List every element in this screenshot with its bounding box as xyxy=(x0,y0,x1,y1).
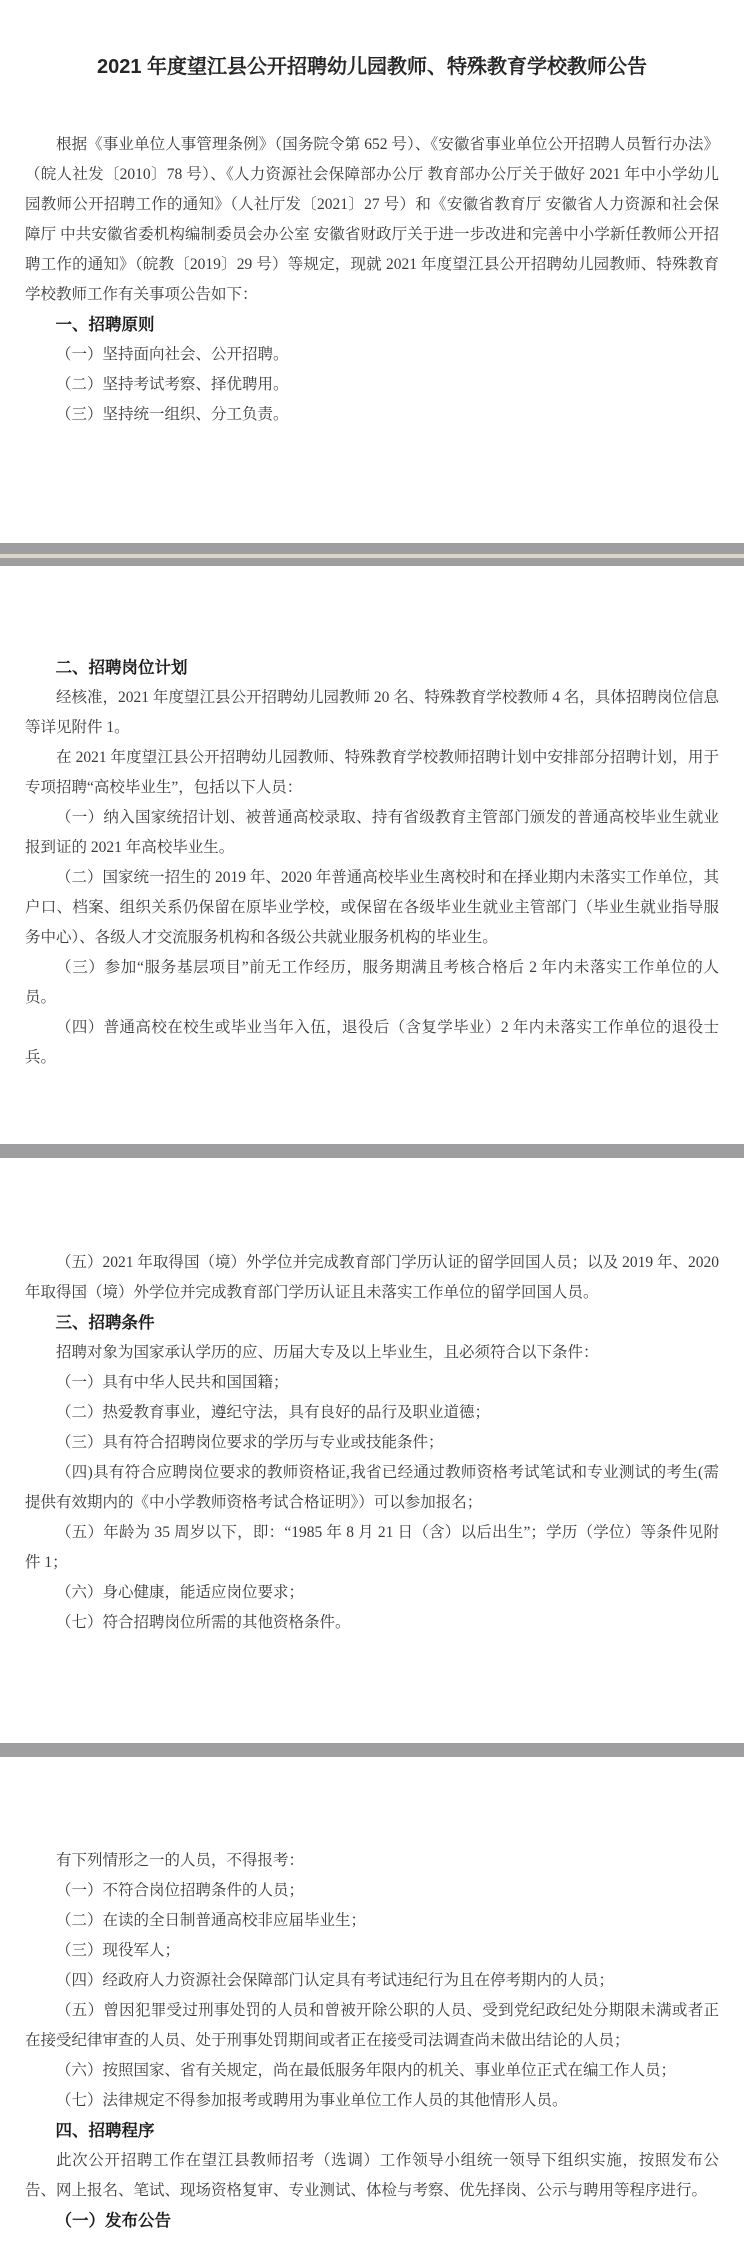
ineligible-intro-paragraph: 有下列情形之一的人员，不得报考： xyxy=(25,1846,719,1876)
ineligible-item-3: （三）现役军人； xyxy=(25,1936,719,1966)
conditions-intro-paragraph: 招聘对象为国家承认学历的应、历届大专及以上毕业生，且必须符合以下条件： xyxy=(25,1338,719,1368)
document-page-2: 二、招聘岗位计划 经核准，2021 年度望江县公开招聘幼儿园教师 20 名、特殊… xyxy=(0,566,744,1144)
graduate-category-item-5: （五）2021 年取得国（境）外学位并完成教育部门学历认证的留学回国人员；以及 … xyxy=(25,1248,719,1308)
condition-item-7: （七）符合招聘岗位所需的其他资格条件。 xyxy=(25,1608,719,1638)
ineligible-item-7: （七）法律规定不得参加报考或聘用为事业单位工作人员的其他情形人员。 xyxy=(25,2086,719,2116)
section-heading-recruitment-conditions: 三、招聘条件 xyxy=(25,1308,719,1338)
principle-item-3: （三）坚持统一组织、分工负责。 xyxy=(25,400,719,430)
page-separator-2 xyxy=(0,1144,744,1158)
section-heading-position-plan: 二、招聘岗位计划 xyxy=(25,653,719,683)
document-page-3: （五）2021 年取得国（境）外学位并完成教育部门学历认证的留学回国人员；以及 … xyxy=(0,1158,744,1743)
condition-item-5: （五）年龄为 35 周岁以下，即：“1985 年 8 月 21 日（含）以后出生… xyxy=(25,1518,719,1578)
section-heading-recruitment-procedure: 四、招聘程序 xyxy=(25,2116,719,2146)
graduate-category-item-1: （一）纳入国家统招计划、被普通高校录取、持有省级教育主管部门颁发的普通高校毕业生… xyxy=(25,803,719,863)
condition-item-2: （二）热爱教育事业，遵纪守法，具有良好的品行及职业道德； xyxy=(25,1398,719,1428)
separator-gray-band xyxy=(0,558,744,566)
position-plan-paragraph: 经核准，2021 年度望江县公开招聘幼儿园教师 20 名、特殊教育学校教师 4 … xyxy=(25,683,719,743)
page-separator-3 xyxy=(0,1743,744,1757)
intro-paragraph: 根据《事业单位人事管理条例》（国务院令第 652 号）、《安徽省事业单位公开招聘… xyxy=(25,130,719,310)
ineligible-item-1: （一）不符合岗位招聘条件的人员； xyxy=(25,1876,719,1906)
page-separator-1 xyxy=(0,543,744,566)
condition-item-3: （三）具有符合招聘岗位要求的学历与专业或技能条件； xyxy=(25,1428,719,1458)
separator-gray-band xyxy=(0,543,744,554)
ineligible-item-4: （四）经政府人力资源社会保障部门认定具有考试违纪行为且在停考期内的人员； xyxy=(25,1966,719,1996)
document-page-4: 有下列情形之一的人员，不得报考： （一）不符合岗位招聘条件的人员； （二）在读的… xyxy=(0,1757,744,2265)
page-title: 2021 年度望江县公开招聘幼儿园教师、特殊教育学校教师公告 xyxy=(25,52,719,82)
ineligible-item-2: （二）在读的全日制普通高校非应届毕业生； xyxy=(25,1906,719,1936)
principle-item-1: （一）坚持面向社会、公开招聘。 xyxy=(25,340,719,370)
subsection-heading-announcement: （一）发布公告 xyxy=(25,2206,719,2236)
graduate-category-item-3: （三）参加“服务基层项目”前无工作经历，服务期满且考核合格后 2 年内未落实工作… xyxy=(25,953,719,1013)
condition-item-6: （六）身心健康，能适应岗位要求； xyxy=(25,1578,719,1608)
graduate-category-item-4: （四）普通高校在校生或毕业当年入伍，退役后（含复学毕业）2 年内未落实工作单位的… xyxy=(25,1013,719,1073)
condition-item-1: （一）具有中华人民共和国国籍； xyxy=(25,1368,719,1398)
condition-item-4: （四)具有符合应聘岗位要求的教师资格证,我省已经通过教师资格考试笔试和专业测试的… xyxy=(25,1458,719,1518)
section-heading-recruitment-principles: 一、招聘原则 xyxy=(25,310,719,340)
document-page-1: 2021 年度望江县公开招聘幼儿园教师、特殊教育学校教师公告 根据《事业单位人事… xyxy=(0,0,744,543)
separator-gray-band xyxy=(0,1144,744,1158)
ineligible-item-6: （六）按照国家、省有关规定，尚在最低服务年限内的机关、事业单位正式在编工作人员； xyxy=(25,2056,719,2086)
document-viewer: 2021 年度望江县公开招聘幼儿园教师、特殊教育学校教师公告 根据《事业单位人事… xyxy=(0,0,744,2265)
graduate-category-item-2: （二）国家统一招生的 2019 年、2020 年普通高校毕业生离校时和在择业期内… xyxy=(25,863,719,953)
principle-item-2: （二）坚持考试考察、择优聘用。 xyxy=(25,370,719,400)
ineligible-item-5: （五）曾因犯罪受过刑事处罚的人员和曾被开除公职的人员、受到党纪政纪处分期限未满或… xyxy=(25,1996,719,2056)
special-recruitment-paragraph: 在 2021 年度望江县公开招聘幼儿园教师、特殊教育学校教师招聘计划中安排部分招… xyxy=(25,743,719,803)
procedure-paragraph: 此次公开招聘工作在望江县教师招考（选调）工作领导小组统一领导下组织实施，按照发布… xyxy=(25,2146,719,2206)
separator-gray-band xyxy=(0,1743,744,1757)
